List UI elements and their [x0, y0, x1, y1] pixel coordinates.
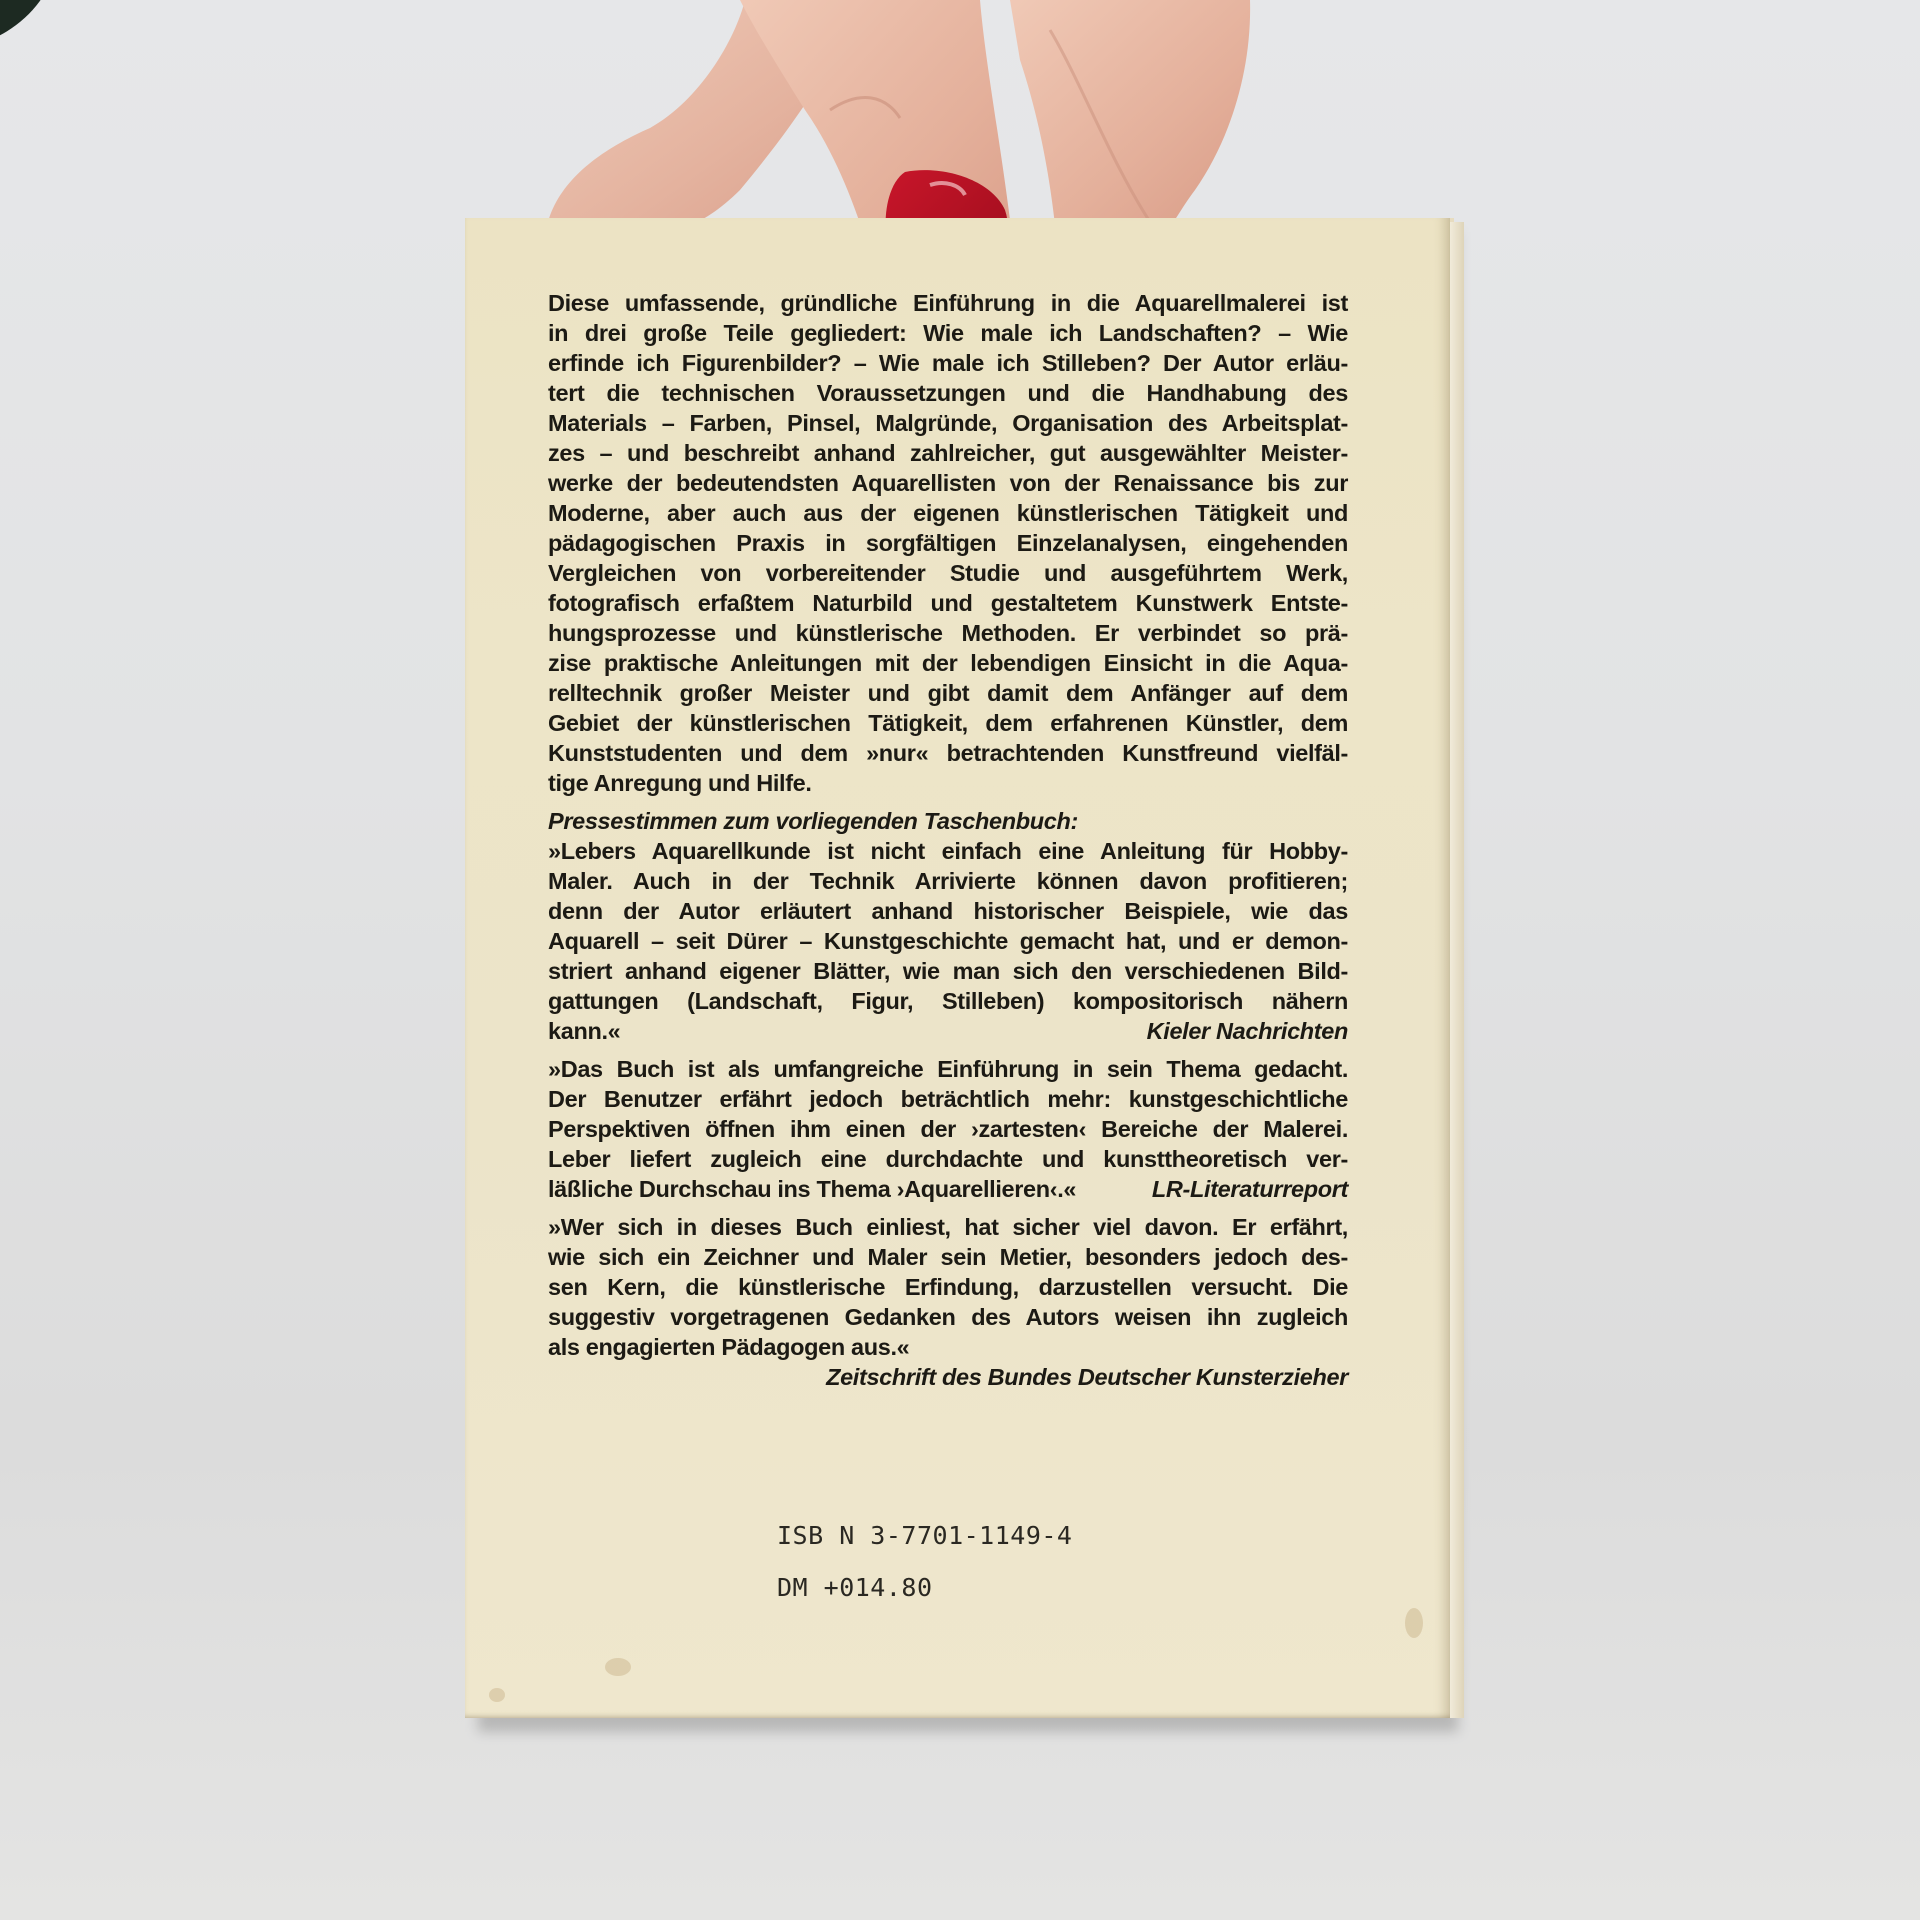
description-line: Diese umfassende, gründliche Einführung …	[548, 288, 1348, 318]
review-line: gattungen (Landschaft, Figur, Stilleben)…	[548, 986, 1348, 1016]
isbn-price-block: ISB N 3-7701-1149-4 DM +014.80	[777, 1510, 1072, 1614]
review-kunsterzieher: »Wer sich in dieses Buch einliest, hat s…	[548, 1212, 1348, 1392]
description-line: tert die technischen Voraussetzungen und…	[548, 378, 1348, 408]
review-line: »Lebers Aquarellkunde ist nicht einfach …	[548, 836, 1348, 866]
review-lr-literaturreport: »Das Buch ist als umfangreiche Einführun…	[548, 1054, 1348, 1204]
review-line: Leber liefert zugleich eine durchdachte …	[548, 1144, 1348, 1174]
description-line: relltechnik großer Meister und gibt dami…	[548, 678, 1348, 708]
description-line: Kunststudenten und dem »nur« betrachtend…	[548, 738, 1348, 768]
description-line: pädagogischen Praxis in sorgfältigen Ein…	[548, 528, 1348, 558]
review-line: Perspektiven öffnen ihm einen der ›zarte…	[548, 1114, 1348, 1144]
cover-stain	[1405, 1608, 1423, 1638]
review-line: striert anhand eigener Blätter, wie man …	[548, 956, 1348, 986]
cover-stain	[605, 1658, 631, 1676]
review-last-line: kann.«	[548, 1016, 620, 1046]
description-line: fotografisch erfaßtem Naturbild und gest…	[548, 588, 1348, 618]
review-end-row: kann.« Kieler Nachrichten	[548, 1016, 1348, 1046]
review-line: Aquarell – seit Dürer – Kunstgeschichte …	[548, 926, 1348, 956]
description-line: erfinde ich Figurenbilder? – Wie male ic…	[548, 348, 1348, 378]
isbn-number: ISB N 3-7701-1149-4	[777, 1510, 1072, 1562]
book-description: Diese umfassende, gründliche Einführung …	[548, 288, 1348, 798]
price-label: DM +014.80	[777, 1562, 1072, 1614]
review-line: suggestiv vorgetragenen Gedanken des Aut…	[548, 1302, 1348, 1332]
review-line: »Wer sich in dieses Buch einliest, hat s…	[548, 1212, 1348, 1242]
description-line: zise praktische Anleitungen mit der lebe…	[548, 648, 1348, 678]
description-line: tige Anregung und Hilfe.	[548, 768, 1348, 798]
description-line: zes – und beschreibt anhand zahlreicher,…	[548, 438, 1348, 468]
review-last-line: läßliche Durchschau ins Thema ›Aquarelli…	[548, 1174, 1076, 1204]
description-line: Moderne, aber auch aus der eigenen künst…	[548, 498, 1348, 528]
cover-stain	[489, 1688, 505, 1702]
description-line: werke der bedeutendsten Aquarellisten vo…	[548, 468, 1348, 498]
description-line: Vergleichen von vorbereitender Studie un…	[548, 558, 1348, 588]
review-line: wie sich ein Zeichner und Maler sein Met…	[548, 1242, 1348, 1272]
description-line: Gebiet der künstlerischen Tätigkeit, dem…	[548, 708, 1348, 738]
review-kieler: »Lebers Aquarellkunde ist nicht einfach …	[548, 836, 1348, 1046]
review-line: sen Kern, die künstlerische Erfindung, d…	[548, 1272, 1348, 1302]
dark-corner-object	[0, 0, 60, 50]
review-last-line: als engagierten Pädagogen aus.«	[548, 1332, 1348, 1362]
description-line: in drei große Teile gegliedert: Wie male…	[548, 318, 1348, 348]
cover-text-block: Diese umfassende, gründliche Einführung …	[548, 288, 1348, 1400]
review-line: Maler. Auch in der Technik Arrivierte kö…	[548, 866, 1348, 896]
description-line: Materials – Farben, Pinsel, Malgründe, O…	[548, 408, 1348, 438]
review-end-row: läßliche Durchschau ins Thema ›Aquarelli…	[548, 1174, 1348, 1204]
review-source: Kieler Nachrichten	[1147, 1016, 1348, 1046]
review-source: LR-Literaturreport	[1152, 1174, 1348, 1204]
review-line: »Das Buch ist als umfangreiche Einführun…	[548, 1054, 1348, 1084]
book-page-edge	[1450, 222, 1464, 1718]
press-heading: Pressestimmen zum vorliegenden Taschenbu…	[548, 806, 1348, 836]
review-line: Der Benutzer erfährt jedoch beträchtlich…	[548, 1084, 1348, 1114]
book-back-cover: Diese umfassende, gründliche Einführung …	[465, 218, 1454, 1718]
review-line: denn der Autor erläutert anhand historis…	[548, 896, 1348, 926]
review-source: Zeitschrift des Bundes Deutscher Kunster…	[548, 1362, 1348, 1392]
description-line: hungsprozesse und künstlerische Methoden…	[548, 618, 1348, 648]
